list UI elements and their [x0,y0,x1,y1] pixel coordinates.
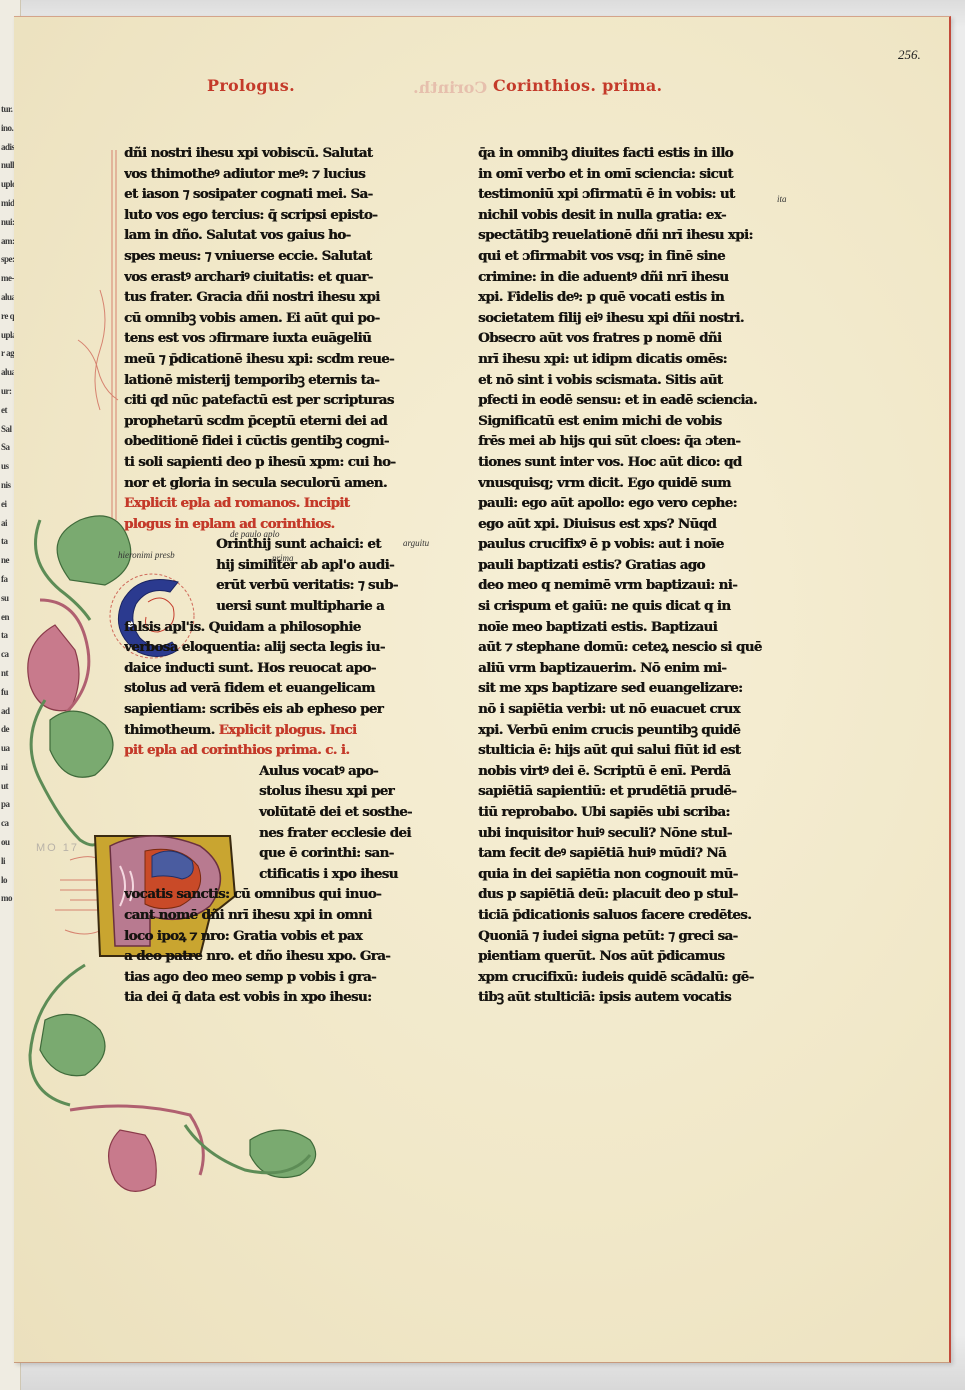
margin-note-right-of-rubric: arguitu [403,538,429,548]
rubric-incipit-line: pit epla ad corinthios prima. c. i. [124,740,412,761]
text-line: aliū vrm baptizauerim. Nō enim mi- [478,658,762,679]
prologue-line: thimotheum. Explicit plogus. Inci [124,720,412,741]
text-line: et iason ⁊ sosipater cognati mei. Sa- [124,184,412,205]
chapter-line: nes frater ecclesie dei [124,823,412,844]
chapter-line: volūtatē dei et sosthe- [124,802,412,823]
interlinear-note: hieronimi presb [118,550,175,560]
prologue-line: sapientiam: scribēs eis ab epheso per [124,699,412,720]
text-line: pauli baptizati estis? Gratias ago [478,555,762,576]
text-line: pfecti in eodē sensu: et in eadē scienci… [478,390,762,411]
text-line: sit me xps baptizare sed euangelizare: [478,678,762,699]
text-line: lationē misterij temporibꝫ eternis ta- [124,370,412,391]
chapter-line: stolus ihesu xpi per [124,781,412,802]
right-text-column: q̄a in omnibꝫ diuites facti estis in ill… [478,143,762,1008]
text-line: crimine: in die aduentꝰ dñi nrī ihesu [478,267,762,288]
text-line: deo meo q nemimē vrm baptizaui: ni- [478,575,762,596]
text-line: xpm crucifixū: iudeis quidē scādalū: gē- [478,967,762,988]
text-line: luto vos ego tercius: q̄ scripsi episto- [124,205,412,226]
left-text-column: dñi nostri ihesu xpi vobiscū. Salutat vo… [124,143,412,1008]
text-line: pientiam querūt. Nos aūt p̄dicamus [478,946,762,967]
text-line: tiū reprobabo. Ubi sapiēs ubi scriba: [478,802,762,823]
text-line: noīe meo baptizati estis. Baptizaui [478,617,762,638]
prologue-line: erūt verbū veritatis: ⁊ sub- [124,575,412,596]
text-line: stulticia ē: hijs aūt qui salui fiūt id … [478,740,762,761]
text-line: ubi inquisitor huiꝰ seculi? Nōne stul- [478,823,762,844]
text-line: meū ⁊ p̄dicationē ihesu xpi: scdm reue- [124,349,412,370]
text-line: Significatū est enim michi de vobis [478,411,762,432]
chapter-line: que ē corinthi: san- [124,843,412,864]
text-line: quia in dei sapiētia non cognouit mū- [478,864,762,885]
text-line: nichil vobis desit in nulla gratia: ex- [478,205,762,226]
text-line: si crispum et gaiū: ne quis dicat q in [478,596,762,617]
text-line: nrī ihesu xpi: ut idipm dicatis omēs: [478,349,762,370]
text-line: spectātibꝫ reuelationē dñi nrī ihesu xpi… [478,225,762,246]
text-line: tus frater. Gracia dñi nostri ihesu xpi [124,287,412,308]
text-line: frēs mei ab hijs qui sūt cloes: q̄a ɔten… [478,431,762,452]
text-line: ego aūt xpi. Diuisus est xps? Nūqd [478,514,762,535]
text-line: aūt ⁊ stephane domū: ceteꝝ nescio si quē [478,637,762,658]
margin-note-right: ita [777,194,787,204]
chapter-line: a deo patre nro. et dño ihesu xpo. Gra- [124,946,412,967]
chapter-line: tia dei q̄ data est vobis in xpo ihesu: [124,987,412,1008]
text-line: cū omnibꝫ vobis amen. Ei aūt qui po- [124,308,412,329]
text-line: xpi. Fidelis deꝰ: p quē vocati estis in [478,287,762,308]
text-line: dñi nostri ihesu xpi vobiscū. Salutat [124,143,412,164]
text-line: sapiētiā sapientiū: et prudētiā prudē- [478,781,762,802]
prologue-line: verbosa eloquentia: alij secta legis iu- [124,637,412,658]
text-line: ticiā p̄dicationis saluos facere credēte… [478,905,762,926]
interlinear-note: de paulo aplo [230,529,280,539]
text-line: testimoniū xpi ɔfirmatū ē in vobis: ut [478,184,762,205]
folio-number: 256. [898,47,921,63]
text-line: vos erastꝰ archariꝰ ciuitatis: et quar- [124,267,412,288]
pencil-shelfmark: MO 17 [36,842,79,854]
running-head-right: Corinthios. prima. [493,76,662,95]
text-line: Obsecro aūt vos fratres p nomē dñi [478,328,762,349]
text-line: nobis virtꝰ dei ē. Scriptū ē enī. Perdā [478,761,762,782]
text-line: q̄a in omnibꝫ diuites facti estis in ill… [478,143,762,164]
text-line: obeditionē fidei i cūctis gentibꝫ cogni- [124,431,412,452]
text-line: tiones sunt inter vos. Hoc aūt dico: qd [478,452,762,473]
text-line: tam fecit deꝰ sapiētiā huiꝰ mūdi? Nā [478,843,762,864]
text-line: nō i sapiētia verbi: ut nō euacuet crux [478,699,762,720]
chapter-line: Aulus vocatꝰ apo- [124,761,412,782]
chapter-line: cant nomē dñi nrī ihesu xpi in omni [124,905,412,926]
text-line: vos thimotheꝰ adiutor meꝰ: ⁊ lucius [124,164,412,185]
chapter-line: vocatis sanctis: cū omnibus qui inuo- [124,884,412,905]
text-line: lam in dño. Salutat vos gaius ho- [124,225,412,246]
text-line: dus p sapiētiā deū: placuit deo p stul- [478,884,762,905]
prologue-line: falsis apl'is. Quidam a philosophie [124,617,412,638]
interlinear-note: prima [272,553,294,563]
text-line: qui et ɔfirmabit vos vsq; in finē sine [478,246,762,267]
text-line: societatem filij eiꝰ ihesu xpi dñi nostr… [478,308,762,329]
text-line: Quoniā ⁊ iudei signa petūt: ⁊ greci sa- [478,926,762,947]
rubric-incipit: Explicit plogus. Inci [219,722,357,738]
text-line: prophetarū scdm p̄ceptū eterni dei ad [124,411,412,432]
text-line: xpi. Verbū enim crucis peuntibꝫ quidē [478,720,762,741]
text-line: paulus crucifixꝰ ē p vobis: aut i noīe [478,534,762,555]
prologue-line: uersi sunt multipharie a [124,596,412,617]
text-line: et nō sint i vobis scismata. Sitis aūt [478,370,762,391]
prologue-line: daice inducti sunt. Hos reuocat apo- [124,658,412,679]
prologue-last-line: thimotheum. [124,722,215,738]
text-line: pauli: ego aūt apollo: ego vero cephe: [478,493,762,514]
chapter-line: ctificatis i xpo ihesu [124,864,412,885]
text-line: tibꝫ aūt stulticiā: ipsis autem vocatis [478,987,762,1008]
text-line: tens est vos ɔfirmare iuxta euāgeliū [124,328,412,349]
text-line: nor et gloria in secula seculorū amen. [124,473,412,494]
rubric-explicit-line: Explicit epla ad romanos. Incipit [124,493,412,514]
text-line: vnusquisq; vrm dicit. Ego quidē sum [478,473,762,494]
text-line: spes meus: ⁊ vniuerse eccie. Salutat [124,246,412,267]
show-through-ghost-text: Corinth. [413,78,487,97]
text-line: ti soli sapienti deo p ihesū xpm: cui ho… [124,452,412,473]
chapter-line: tias ago deo meo semp p vobis i gra- [124,967,412,988]
chapter-line: loco ipoꝝ ⁊ nro: Gratia vobis et pax [124,926,412,947]
text-line: citi qd nūc patefactū est per scripturas [124,390,412,411]
prologue-line: stolus ad verā fidem et euangelicam [124,678,412,699]
text-line: in omī verbo et in omī sciencia: sicut [478,164,762,185]
running-head-left: Prologus. [207,76,295,95]
